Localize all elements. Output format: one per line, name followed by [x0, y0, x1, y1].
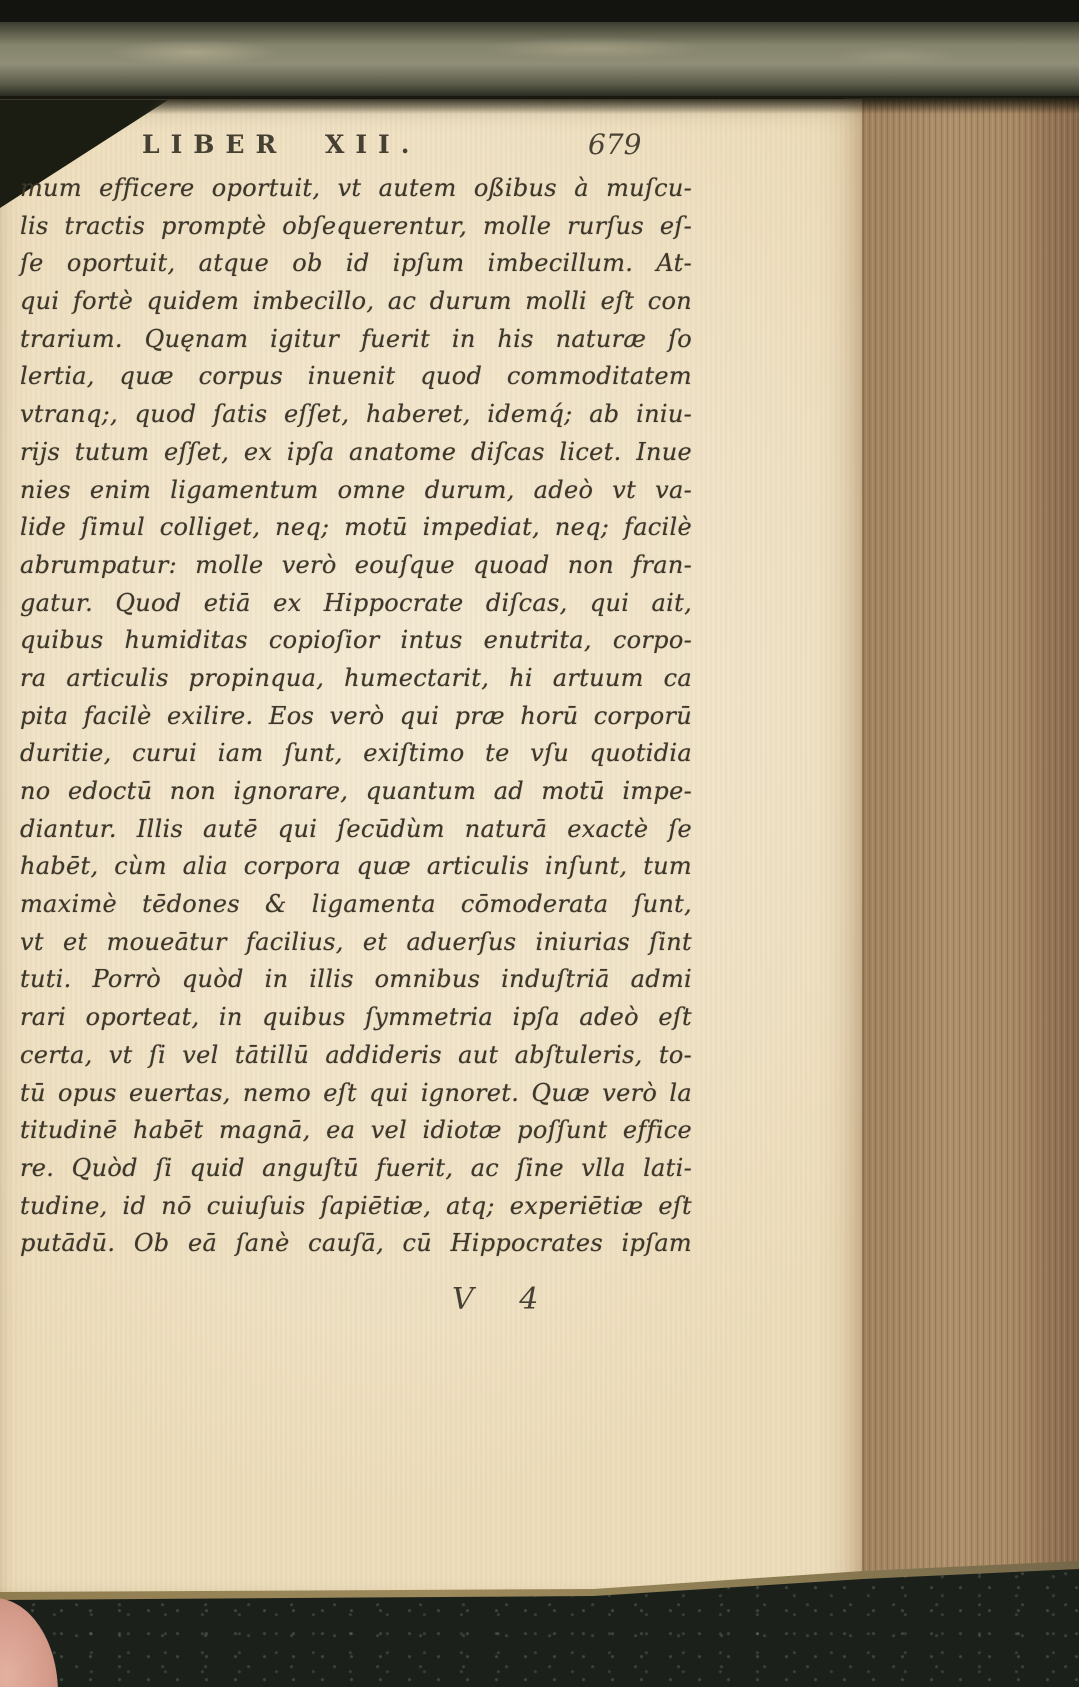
text-line: pita facilè exilire. Eos verò qui præ ho… [20, 698, 692, 736]
text-line: ra articulis propinqua, humectarit, hi a… [20, 660, 692, 698]
text-line: tuti. Porrò quòd in illis omnibus induſt… [20, 961, 692, 999]
text-line: tudine, id nō cuiuſuis ſapiētiæ, atq; ex… [20, 1188, 692, 1226]
text-line: no edoctū non ignorare, quantum ad motū … [20, 773, 692, 811]
text-line: lertia, quæ corpus inuenit quod commodit… [20, 358, 692, 396]
text-line: mum efficere oportuit, vt autem oßibus à… [20, 170, 692, 208]
page-number: 679 [588, 128, 641, 161]
text-line: ſe oportuit, atque ob id ipſum imbecillu… [20, 245, 692, 283]
book-fore-edge [845, 96, 1079, 1588]
page-header: LIBER XII. 679 [0, 128, 862, 170]
text-line: habēt, cùm alia corpora quæ articulis in… [20, 848, 692, 886]
text-line: lis tractis promptè obſequerentur, molle… [20, 208, 692, 246]
text-line: diantur. Illis autē qui ſecūdùm naturā e… [20, 811, 692, 849]
text-line: maximè tēdones & ligamenta cōmoderata ſu… [20, 886, 692, 924]
text-line: duritie, curui iam ſunt, exiſtimo te vſu… [20, 735, 692, 773]
text-line: re. Quòd ſi quid anguſtū fuerit, ac ſine… [20, 1150, 692, 1188]
text-line: abrumpatur: molle verò eouſque quoad non… [20, 547, 692, 585]
text-line: trarium. Quęnam igitur fuerit in his nat… [20, 321, 692, 359]
running-title: LIBER XII. [142, 130, 420, 159]
text-line: vtranq;, quod ſatis eſſet, haberet, idem… [20, 396, 692, 434]
text-line: certa, vt ſi vel tātillū addideris aut a… [20, 1037, 692, 1075]
book-cover-top-edge [0, 22, 1079, 98]
text-line: quibus humiditas copioſior intus enutrit… [20, 622, 692, 660]
text-line: qui fortè quidem imbecillo, ac durum mol… [20, 283, 692, 321]
text-line: vt et moueātur facilius, et aduerſus ini… [20, 924, 692, 962]
text-line: rari oporteat, in quibus ſymmetria ipſa … [20, 999, 692, 1037]
text-line: rijs tutum eſſet, ex ipſa anatome diſcas… [20, 434, 692, 472]
text-line: gatur. Quod etiā ex Hippocrate diſcas, q… [20, 585, 692, 623]
text-line: tū opus euertas, nemo eſt qui ignoret. Q… [20, 1075, 692, 1113]
text-block: mum efficere oportuit, vt autem oßibus à… [20, 170, 692, 1263]
book-photo: LIBER XII. 679 mum efficere oportuit, vt… [0, 0, 1079, 1687]
cover-shadow [0, 96, 1079, 114]
text-line: lide ſimul colliget, neq; motū impediat,… [20, 509, 692, 547]
signature-mark: V 4 [452, 1282, 538, 1317]
text-line: nies enim ligamentum omne durum, adeò vt… [20, 472, 692, 510]
text-line: titudinē habēt magnā, ea vel idiotæ poſſ… [20, 1112, 692, 1150]
text-line: putādū. Ob eā ſanè cauſā, cū Hippocrates… [20, 1225, 692, 1263]
